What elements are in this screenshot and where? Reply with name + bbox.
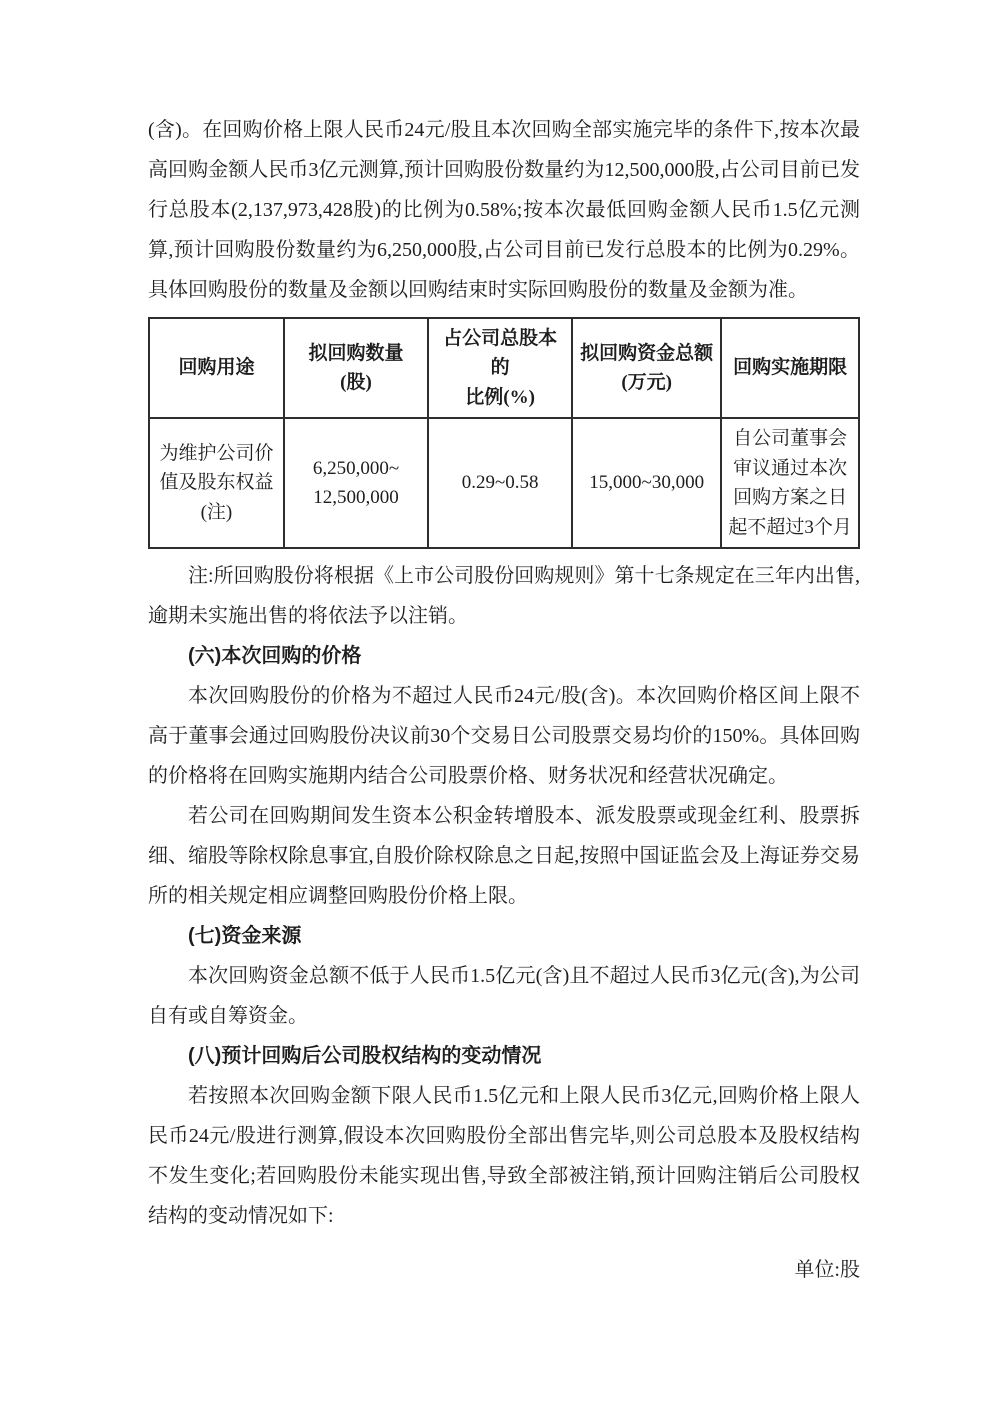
cell-amount: 15,000~30,000: [572, 418, 721, 548]
cell-ratio: 0.29~0.58: [428, 418, 572, 548]
section-heading-equity-change: (八)预计回购后公司股权结构的变动情况: [148, 1036, 860, 1076]
table-row: 为维护公司价值及股东权益(注) 6,250,000~ 12,500,000 0.…: [149, 418, 859, 548]
col-header-ratio: 占公司总股本的 比例(%): [428, 318, 572, 418]
paragraph-price-1: 本次回购股份的价格为不超过人民币24元/股(含)。本次回购价格区间上限不高于董事…: [148, 676, 860, 796]
cell-period: 自公司董事会审议通过本次回购方案之日起不超过3个月: [721, 418, 859, 548]
paragraph-funding-1: 本次回购资金总额不低于人民币1.5亿元(含)且不超过人民币3亿元(含),为公司自…: [148, 956, 860, 1036]
paragraph-price-2: 若公司在回购期间发生资本公积金转增股本、派发股票或现金红利、股票拆细、缩股等除权…: [148, 796, 860, 916]
table-note: 注:所回购股份将根据《上市公司股份回购规则》第十七条规定在三年内出售,逾期未实施…: [148, 556, 860, 636]
cell-purpose: 为维护公司价值及股东权益(注): [149, 418, 284, 548]
col-header-quantity: 拟回购数量 (股): [284, 318, 428, 418]
table-header-row: 回购用途 拟回购数量 (股) 占公司总股本的 比例(%) 拟回购资金总额 (万元…: [149, 318, 859, 418]
col-header-period: 回购实施期限: [721, 318, 859, 418]
unit-label: 单位:股: [148, 1250, 860, 1290]
cell-quantity: 6,250,000~ 12,500,000: [284, 418, 428, 548]
paragraph-equity-change-1: 若按照本次回购金额下限人民币1.5亿元和上限人民币3亿元,回购价格上限人民币24…: [148, 1076, 860, 1236]
buyback-summary-table: 回购用途 拟回购数量 (股) 占公司总股本的 比例(%) 拟回购资金总额 (万元…: [148, 317, 860, 549]
document-page: (含)。在回购价格上限人民币24元/股且本次回购全部实施完毕的条件下,按本次最高…: [148, 0, 860, 1290]
section-heading-price: (六)本次回购的价格: [148, 636, 860, 676]
col-header-amount: 拟回购资金总额 (万元): [572, 318, 721, 418]
paragraph-intro: (含)。在回购价格上限人民币24元/股且本次回购全部实施完毕的条件下,按本次最高…: [148, 110, 860, 310]
section-heading-funding: (七)资金来源: [148, 916, 860, 956]
col-header-purpose: 回购用途: [149, 318, 284, 418]
scanned-document: { "doc": { "intro": "(含)。在回购价格上限人民币24元/股…: [0, 0, 1000, 1415]
